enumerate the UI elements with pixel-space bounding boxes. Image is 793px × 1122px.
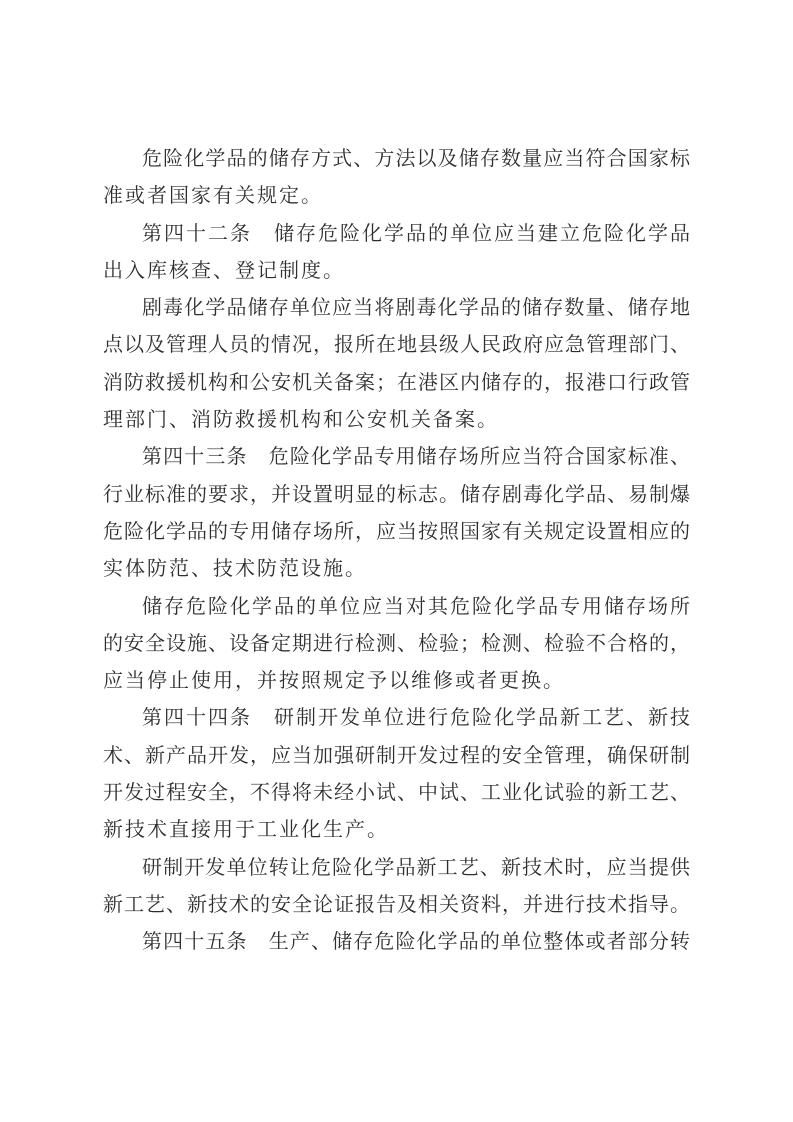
text-line: 新技术直接用于工业化生产。 [103, 812, 690, 849]
document-page: 危险化学品的储存方式、方法以及储存数量应当符合国家标 准或者国家有关规定。 第四… [0, 0, 793, 1122]
text-line: 第四十四条 研制开发单位进行危险化学品新工艺、新技 [103, 700, 690, 737]
text-line: 消防救援机构和公安机关备案；在港区内储存的，报港口行政管 [103, 365, 690, 402]
text-line: 储存危险化学品的单位应当对其危险化学品专用储存场所 [103, 589, 690, 626]
paragraph-storage-method: 危险化学品的储存方式、方法以及储存数量应当符合国家标 准或者国家有关规定。 [103, 141, 690, 216]
text-line: 开发过程安全，不得将未经小试、中试、工业化试验的新工艺、 [103, 775, 690, 812]
text-line: 研制开发单位转让危险化学品新工艺、新技术时，应当提供 [103, 850, 690, 887]
paragraph-article-45: 第四十五条 生产、储存危险化学品的单位整体或者部分转 [103, 924, 690, 961]
text-line: 新工艺、新技术的安全论证报告及相关资料，并进行技术指导。 [103, 887, 690, 924]
text-line: 危险化学品的储存方式、方法以及储存数量应当符合国家标 [103, 141, 690, 178]
text-line: 第四十三条 危险化学品专用储存场所应当符合国家标准、 [103, 439, 690, 476]
text-line: 理部门、消防救援机构和公安机关备案。 [103, 402, 690, 439]
text-line: 行业标准的要求，并设置明显的标志。储存剧毒化学品、易制爆 [103, 477, 690, 514]
text-line: 的安全设施、设备定期进行检测、检验；检测、检验不合格的， [103, 626, 690, 663]
paragraph-tech-transfer: 研制开发单位转让危险化学品新工艺、新技术时，应当提供 新工艺、新技术的安全论证报… [103, 850, 690, 925]
text-line: 应当停止使用，并按照规定予以维修或者更换。 [103, 663, 690, 700]
text-line: 术、新产品开发，应当加强研制开发过程的安全管理，确保研制 [103, 738, 690, 775]
paragraph-article-43: 第四十三条 危险化学品专用储存场所应当符合国家标准、 行业标准的要求，并设置明显… [103, 439, 690, 588]
text-line: 第四十五条 生产、储存危险化学品的单位整体或者部分转 [103, 924, 690, 961]
text-line: 点以及管理人员的情况，报所在地县级人民政府应急管理部门、 [103, 327, 690, 364]
text-line: 剧毒化学品储存单位应当将剧毒化学品的储存数量、储存地 [103, 290, 690, 327]
text-line: 出入库核查、登记制度。 [103, 253, 690, 290]
text-line: 实体防范、技术防范设施。 [103, 551, 690, 588]
text-line: 准或者国家有关规定。 [103, 178, 690, 215]
paragraph-toxic-chemicals-filing: 剧毒化学品储存单位应当将剧毒化学品的储存数量、储存地 点以及管理人员的情况，报所… [103, 290, 690, 439]
paragraph-article-42: 第四十二条 储存危险化学品的单位应当建立危险化学品 出入库核查、登记制度。 [103, 216, 690, 291]
text-block: 危险化学品的储存方式、方法以及储存数量应当符合国家标 准或者国家有关规定。 第四… [103, 141, 690, 962]
paragraph-article-44: 第四十四条 研制开发单位进行危险化学品新工艺、新技 术、新产品开发，应当加强研制… [103, 700, 690, 849]
text-line: 危险化学品的专用储存场所，应当按照国家有关规定设置相应的 [103, 514, 690, 551]
paragraph-storage-inspection: 储存危险化学品的单位应当对其危险化学品专用储存场所 的安全设施、设备定期进行检测… [103, 589, 690, 701]
text-line: 第四十二条 储存危险化学品的单位应当建立危险化学品 [103, 216, 690, 253]
